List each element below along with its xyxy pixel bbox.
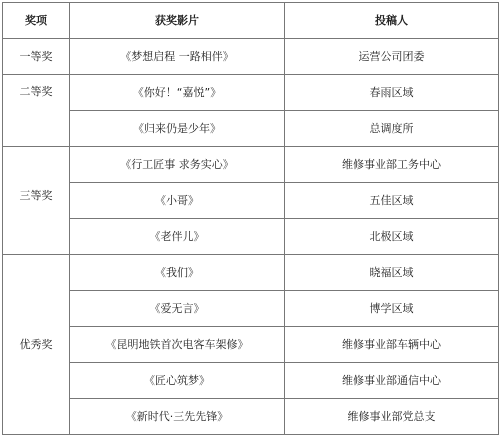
table-row: 一等奖 《梦想启程 一路相伴》 运营公司团委 — [3, 39, 499, 75]
submitter-cell: 北极区域 — [285, 219, 499, 255]
submitter-cell: 博学区域 — [285, 291, 499, 327]
table-row: 《爱无言》 博学区域 — [3, 291, 499, 327]
category-cell: 一等奖 — [3, 39, 70, 75]
category-cell: 优秀奖 — [3, 255, 70, 435]
film-cell: 《梦想启程 一路相伴》 — [70, 39, 285, 75]
table-row: 《归来仍是少年》 总调度所 — [3, 111, 499, 147]
header-category: 奖项 — [3, 3, 70, 39]
film-cell: 《归来仍是少年》 — [70, 111, 285, 147]
submitter-cell: 运营公司团委 — [285, 39, 499, 75]
film-cell: 《你好！“嘉悦”》 — [70, 75, 285, 111]
submitter-cell: 维修事业部党总支 — [285, 399, 499, 435]
table-row: 《小哥》 五佳区域 — [3, 183, 499, 219]
film-cell: 《昆明地铁首次电客车架修》 — [70, 327, 285, 363]
film-cell: 《行工匠事 求务实心》 — [70, 147, 285, 183]
table-row: 《匠心筑梦》 维修事业部通信中心 — [3, 363, 499, 399]
submitter-cell: 维修事业部工务中心 — [285, 147, 499, 183]
submitter-cell: 总调度所 — [285, 111, 499, 147]
table-row: 二等奖 《你好！“嘉悦”》 春雨区域 — [3, 75, 499, 111]
submitter-cell: 晓福区域 — [285, 255, 499, 291]
awards-table: 奖项 获奖影片 投稿人 一等奖 《梦想启程 一路相伴》 运营公司团委 二等奖 《… — [2, 2, 499, 435]
header-film: 获奖影片 — [70, 3, 285, 39]
submitter-cell: 五佳区域 — [285, 183, 499, 219]
category-cell: 三等奖 — [3, 147, 70, 255]
header-row: 奖项 获奖影片 投稿人 — [3, 3, 499, 39]
submitter-cell: 春雨区域 — [285, 75, 499, 111]
table-row: 《新时代·三先先锋》 维修事业部党总支 — [3, 399, 499, 435]
header-submitter: 投稿人 — [285, 3, 499, 39]
table-row: 《老伴儿》 北极区域 — [3, 219, 499, 255]
film-cell: 《小哥》 — [70, 183, 285, 219]
film-cell: 《老伴儿》 — [70, 219, 285, 255]
table-row: 优秀奖 《我们》 晓福区域 — [3, 255, 499, 291]
film-cell: 《匠心筑梦》 — [70, 363, 285, 399]
table-row: 《昆明地铁首次电客车架修》 维修事业部车辆中心 — [3, 327, 499, 363]
table-row: 三等奖 《行工匠事 求务实心》 维修事业部工务中心 — [3, 147, 499, 183]
film-cell: 《我们》 — [70, 255, 285, 291]
category-cell: 二等奖 — [3, 75, 70, 147]
film-cell: 《爱无言》 — [70, 291, 285, 327]
film-cell: 《新时代·三先先锋》 — [70, 399, 285, 435]
submitter-cell: 维修事业部车辆中心 — [285, 327, 499, 363]
submitter-cell: 维修事业部通信中心 — [285, 363, 499, 399]
